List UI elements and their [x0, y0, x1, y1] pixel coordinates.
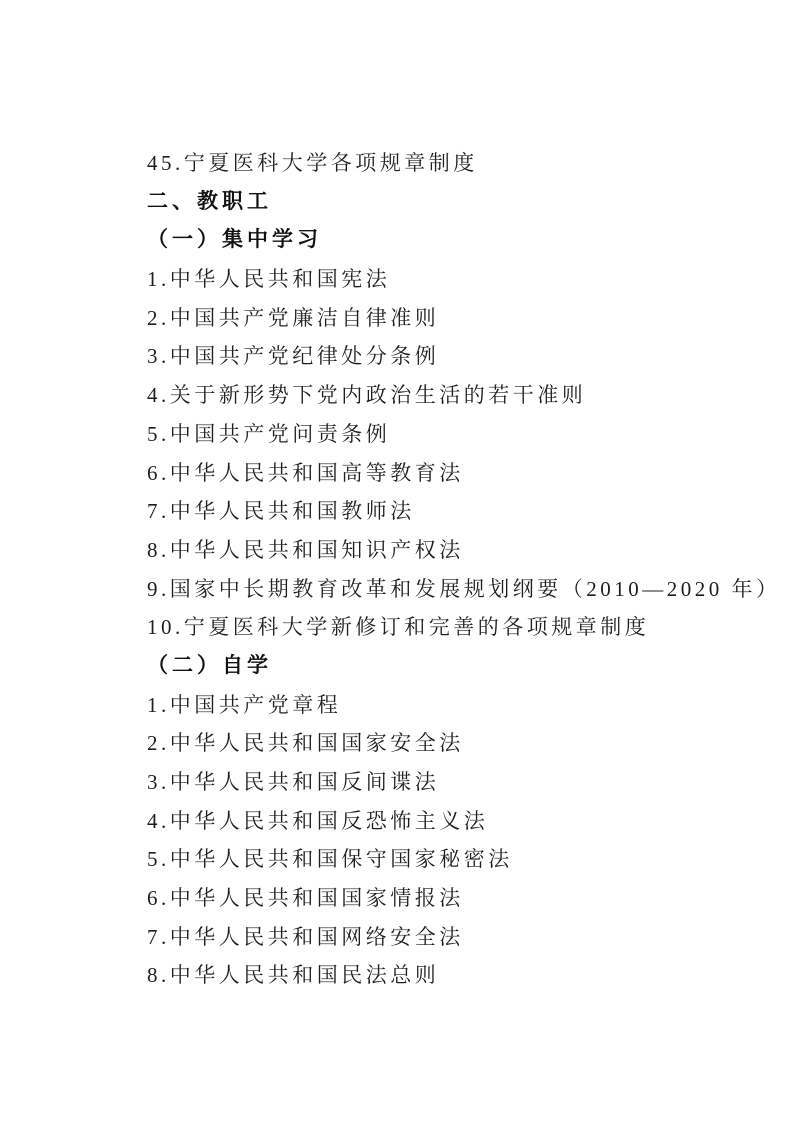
- document-line: 45.宁夏医科大学各项规章制度: [147, 144, 753, 183]
- document-line: 8.中华人民共和国知识产权法: [147, 531, 753, 570]
- document-line: 2.中华人民共和国国家安全法: [147, 724, 753, 763]
- document-line: 6.中华人民共和国高等教育法: [147, 454, 753, 493]
- document-line: 6.中华人民共和国国家情报法: [147, 879, 753, 918]
- document-line: 5.中国共产党问责条例: [147, 415, 753, 454]
- document-line: 10.宁夏医科大学新修订和完善的各项规章制度: [147, 608, 753, 647]
- document-line: 5.中华人民共和国保守国家秘密法: [147, 840, 753, 879]
- document-line: 7.中华人民共和国教师法: [147, 492, 753, 531]
- document-line: 4.关于新形势下党内政治生活的若干准则: [147, 376, 753, 415]
- document-line: 4.中华人民共和国反恐怖主义法: [147, 802, 753, 841]
- document-line: 7.中华人民共和国网络安全法: [147, 918, 753, 957]
- document-line: 3.中华人民共和国反间谍法: [147, 763, 753, 802]
- document-line: 8.中华人民共和国民法总则: [147, 956, 753, 995]
- document-heading: 二、教职工: [147, 183, 753, 222]
- document-page: 45.宁夏医科大学各项规章制度二、教职工（一）集中学习1.中华人民共和国宪法2.…: [0, 0, 793, 1122]
- document-line: 3.中国共产党纪律处分条例: [147, 337, 753, 376]
- document-line: 1.中国共产党章程: [147, 686, 753, 725]
- document-heading: （一）集中学习: [147, 221, 753, 260]
- document-line: 2.中国共产党廉洁自律准则: [147, 299, 753, 338]
- document-line: 9.国家中长期教育改革和发展规划纲要（2010—2020 年）: [147, 570, 753, 609]
- document-line: 1.中华人民共和国宪法: [147, 260, 753, 299]
- document-content: 45.宁夏医科大学各项规章制度二、教职工（一）集中学习1.中华人民共和国宪法2.…: [147, 144, 753, 995]
- document-heading: （二）自学: [147, 647, 753, 686]
